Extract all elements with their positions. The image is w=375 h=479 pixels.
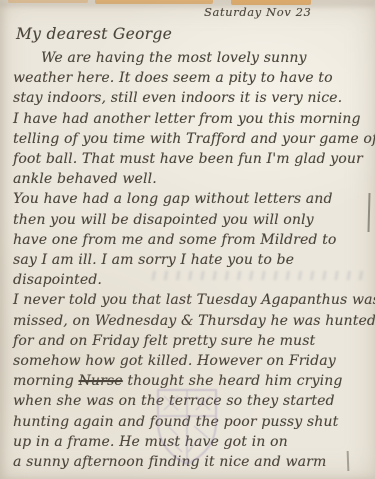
- line-prefix: morning: [13, 373, 79, 389]
- letter-line: telling of you time with Trafford and yo…: [13, 129, 375, 149]
- letter-line: foot ball. That must have been fun I'm g…: [13, 149, 375, 169]
- letter-line: missed, on Wednesday & Thursday he was h…: [13, 311, 375, 331]
- letter-line: We are having the most lovely sunny: [13, 48, 375, 68]
- letter-line: weather here. It does seem a pity to hav…: [13, 68, 375, 88]
- letter-date: Saturday Nov 23: [204, 5, 311, 19]
- letter-line: ankle behaved well.: [13, 169, 375, 189]
- struck-word: Nurse: [79, 373, 123, 389]
- letter-line: I never told you that last Tuesday Agapa…: [13, 290, 375, 310]
- letter-line: You have had a long gap without letters …: [13, 189, 375, 209]
- letter-page: Saturday Nov 23 My dearest George We are…: [0, 0, 375, 479]
- letter-line: somehow how got killed. However on Frida…: [13, 351, 375, 371]
- ink-showthrough: [148, 271, 370, 280]
- salutation: My dearest George: [16, 25, 172, 43]
- letter-line: have one from me and some from Mildred t…: [13, 230, 375, 250]
- scan-shadow: [0, 2, 375, 7]
- letter-line: I have had another letter from you this …: [13, 109, 375, 129]
- letter-line: stay indoors, still even indoors it is v…: [13, 88, 375, 108]
- letter-line: for and on Friday felt pretty sure he mu…: [13, 331, 375, 351]
- letter-line: say I am ill. I am sorry I hate you to b…: [13, 250, 375, 270]
- letter-line: then you will be disapointed you will on…: [13, 210, 375, 230]
- crest-watermark-icon: [150, 386, 224, 468]
